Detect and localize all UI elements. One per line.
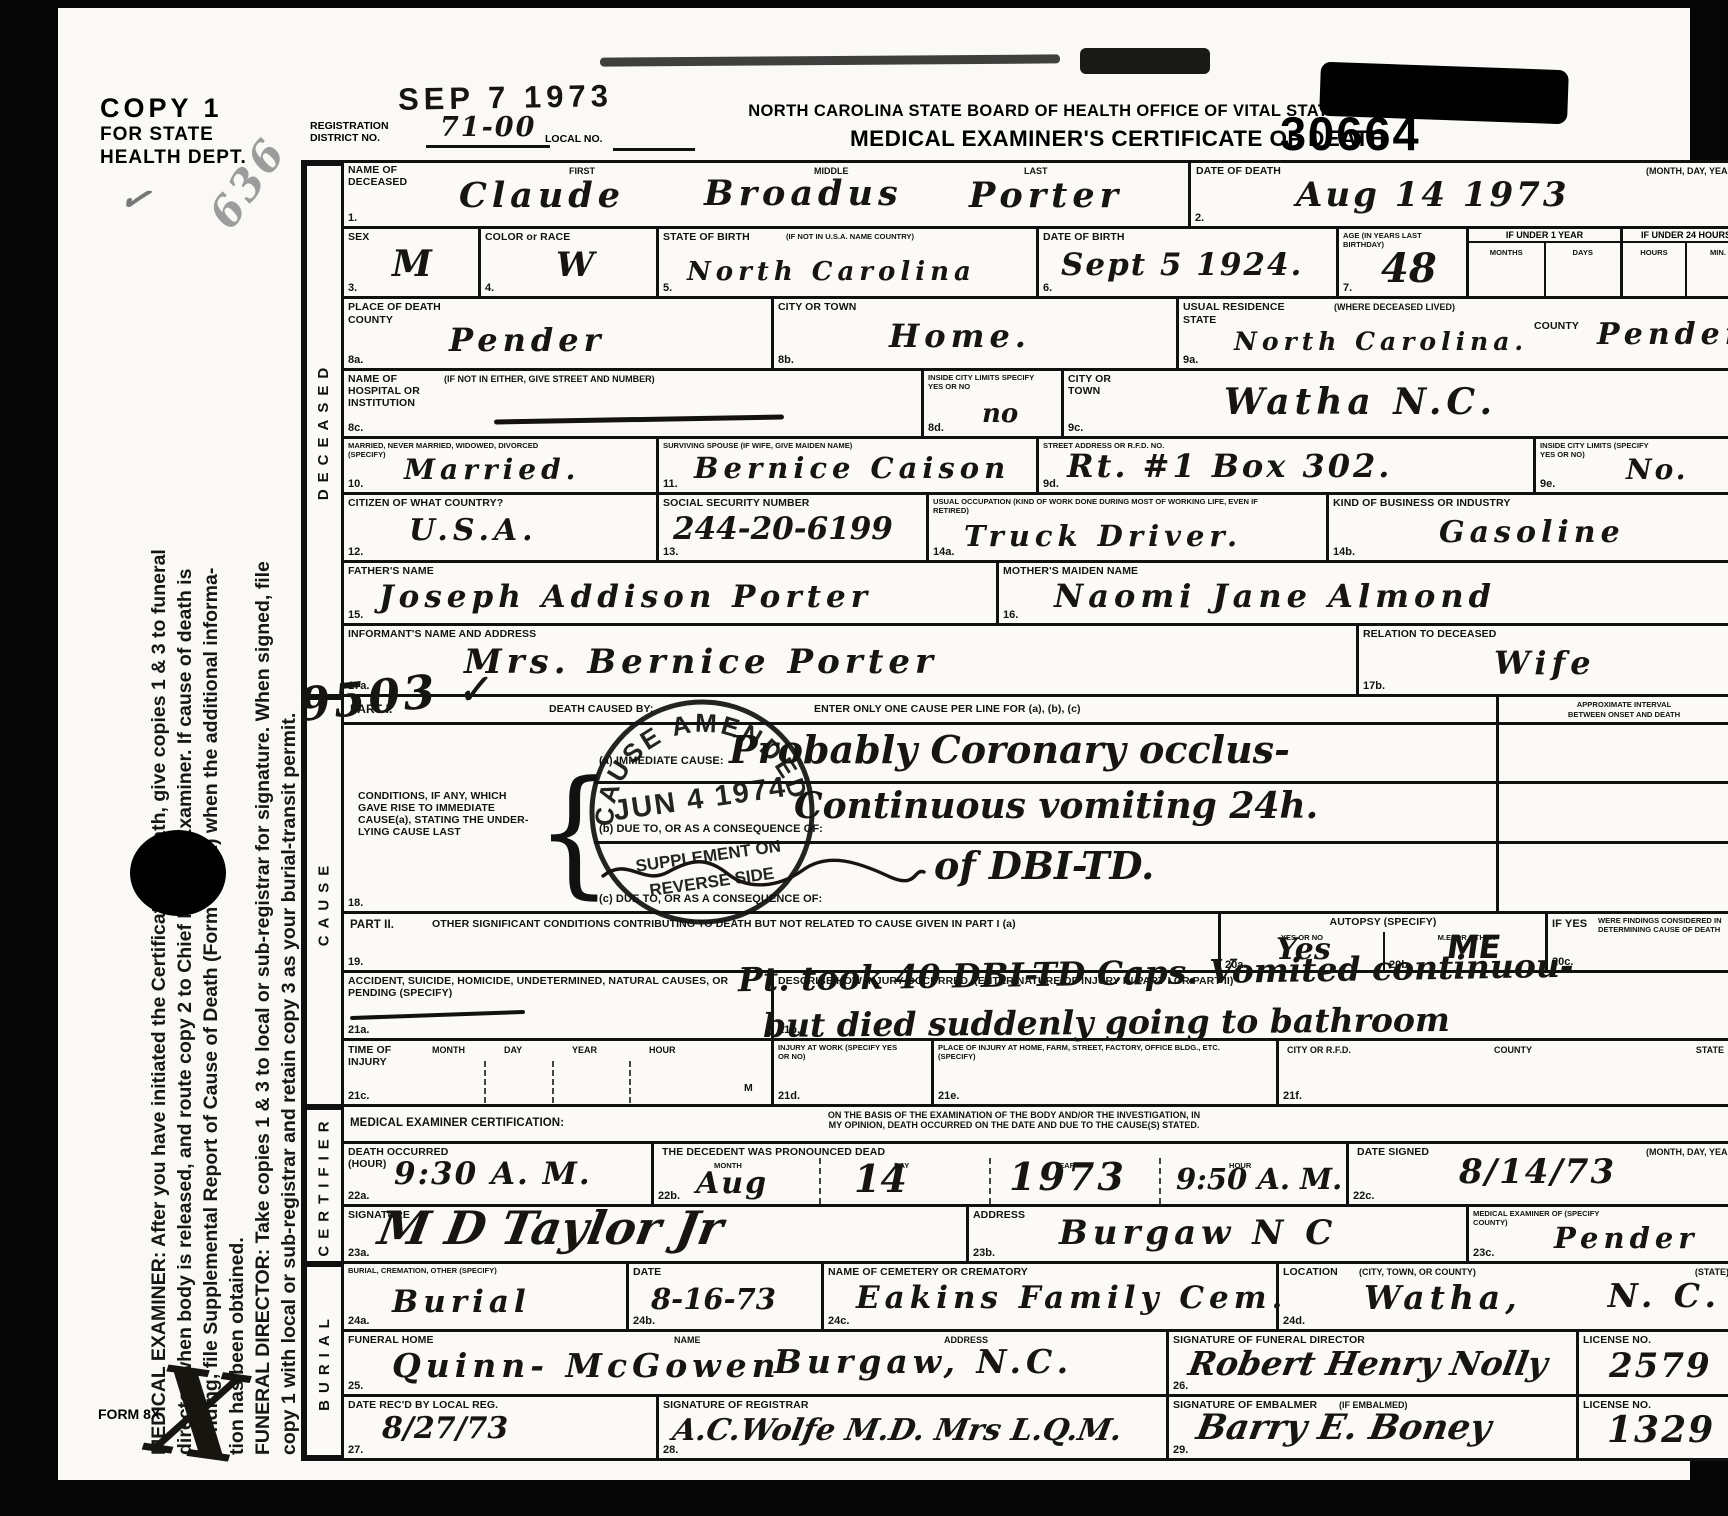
item-number: 21c. — [348, 1090, 369, 1102]
rule-line — [1499, 841, 1728, 844]
field-burial-location: LOCATION (CITY, TOWN, OR COUNTY) (STATE)… — [1279, 1264, 1728, 1329]
part2-label: PART II. — [350, 919, 394, 932]
field-fathers-name: FATHER'S NAME 15. Joseph Addison Porter — [344, 563, 999, 623]
field-embalmer-license: LICENSE NO. 1329 — [1579, 1397, 1728, 1458]
embalmer-value: Barry E. Boney — [1193, 1407, 1494, 1448]
field-injury-at-work: INJURY AT WORK (SPECIFY YES OR NO) 21d. — [774, 1041, 934, 1104]
field-mothers-maiden-name: MOTHER'S MAIDEN NAME 16. Naomi Jane Almo… — [999, 563, 1728, 623]
field-social-security-number: SOCIAL SECURITY NUMBER 13. 244-20-6199 — [659, 495, 929, 560]
due-to-b-value: Continuous vomiting 24h. — [794, 785, 1318, 827]
section-label-certifier: CERTIFIER — [304, 1107, 344, 1264]
part1-header: PART I. DEATH CAUSED BY: ENTER ONLY ONE … — [344, 697, 1499, 722]
citizen-value: U.S.A. — [409, 513, 538, 548]
field-business-or-industry: KIND OF BUSINESS OR INDUSTRY 14b. Gasoli… — [1329, 495, 1728, 560]
enter-one-cause-note: ENTER ONLY ONE CAUSE PER LINE FOR (a), (… — [814, 704, 1081, 716]
date-signed-value: 8/14/73 — [1459, 1152, 1616, 1192]
immediate-cause-value: Probably Coronary occlus- — [729, 727, 1290, 772]
days-label: DAYS — [1546, 249, 1621, 258]
field-date-signed: DATE SIGNED (MONTH, DAY, YEAR) 22c. 8/14… — [1349, 1144, 1728, 1204]
field-me-address: ADDRESS 23b. Burgaw N C — [969, 1207, 1469, 1261]
embalmer-license-value: 1329 — [1607, 1409, 1715, 1451]
field-burial-date: DATE 24b. 8-16-73 — [629, 1264, 824, 1329]
death-occurred-value: 9:30 A. M. — [394, 1156, 592, 1192]
relation-value: Wife — [1494, 644, 1596, 682]
pen-underline — [350, 1010, 525, 1020]
field-street-address: STREET ADDRESS OR R.F.D. NO. 9d. Rt. #1 … — [1039, 439, 1536, 492]
field-place-of-death-county: PLACE OF DEATH COUNTY 8a. Pender — [344, 299, 774, 368]
item-number: 23a. — [348, 1247, 369, 1259]
field-informant: INFORMANT'S NAME AND ADDRESS 17a. Mrs. B… — [344, 626, 1359, 694]
if-yes-label: IF YES — [1552, 918, 1587, 931]
item-number: 22c. — [1353, 1190, 1374, 1202]
field-marital-status: MARRIED, NEVER MARRIED, WIDOWED, DIVORCE… — [344, 439, 659, 492]
item-number: 24b. — [633, 1315, 655, 1327]
field-if-under-1-year: IF UNDER 1 YEAR MONTHS DAYS — [1469, 229, 1623, 296]
field-injury-city-county-state: CITY OR R.F.D. COUNTY STATE 21f. — [1279, 1041, 1728, 1104]
residence-state-value: North Carolina. — [1234, 327, 1528, 356]
item-number: 23b. — [973, 1247, 995, 1259]
director-license-value: 2579 — [1609, 1346, 1712, 1386]
dashed-divider — [819, 1158, 821, 1204]
accident-label: ACCIDENT, SUICIDE, HOMICIDE, UNDETERMINE… — [348, 976, 748, 1000]
item-number: 25. — [348, 1380, 363, 1392]
funeral-director-value: Robert Henry Nolly — [1186, 1344, 1551, 1383]
funeral-home-address-value: Burgaw, N.C. — [774, 1342, 1073, 1381]
due-to-c-value: of DBI-TD. — [934, 843, 1154, 888]
field-date-received: DATE REC'D BY LOCAL REG. 27. 8/27/73 — [344, 1397, 659, 1458]
registration-district-label: REGISTRATION DISTRICT NO. — [310, 120, 389, 144]
item-number: 24a. — [348, 1315, 369, 1327]
me-signature-value: M D Taylor Jr — [374, 1201, 727, 1255]
pronounced-hour-value: 9:50 A. M. — [1176, 1162, 1342, 1196]
field-time-of-injury: TIME OF INJURY MONTH DAY YEAR HOUR M 21c… — [344, 1041, 774, 1104]
registration-district-value: 71-00 — [426, 112, 550, 148]
field-registrar-signature: SIGNATURE OF REGISTRAR 28. A.C.Wolfe M.D… — [659, 1397, 1169, 1458]
field-hospital-or-institution: NAME OF HOSPITAL OR INSTITUTION (IF NOT … — [344, 371, 924, 436]
months-label: MONTHS — [1469, 249, 1544, 258]
age-value: 48 — [1381, 245, 1437, 292]
injury-description-line2: but died suddenly going to bathroom — [763, 1000, 1450, 1045]
field-name-of-deceased: NAME OF DECEASED FIRST MIDDLE LAST 1. Cl… — [344, 163, 1191, 226]
registration-label-line1: REGISTRATION — [310, 120, 389, 132]
field-usual-residence: USUAL RESIDENCE (WHERE DECEASED LIVED) S… — [1179, 299, 1728, 368]
field-medical-examiner-of: MEDICAL EXAMINER OF (SPECIFY COUNTY) 23c… — [1469, 1207, 1728, 1261]
field-accident-suicide: ACCIDENT, SUICIDE, HOMICIDE, UNDETERMINE… — [344, 973, 774, 1038]
me-certification-label: MEDICAL EXAMINER CERTIFICATION: — [350, 1117, 564, 1130]
if-yes-text: WERE FINDINGS CONSIDERED IN DETERMINING … — [1598, 917, 1728, 934]
field-death-occurred-hour: DEATH OCCURRED (HOUR) 22a. 9:30 A. M. — [344, 1144, 654, 1204]
hours-label: HOURS — [1623, 249, 1685, 258]
overwriting-scribble — [598, 838, 928, 898]
field-cemetery: NAME OF CEMETERY OR CREMATORY 24c. Eakin… — [824, 1264, 1279, 1329]
item-number: 21e. — [938, 1090, 959, 1102]
medical-examiner-of-value: Pender — [1554, 1221, 1699, 1255]
field-place-of-injury: PLACE OF INJURY AT HOME, FARM, STREET, F… — [934, 1041, 1279, 1104]
min-label: MIN. — [1687, 249, 1728, 258]
sex-value: M — [392, 243, 432, 285]
scan-streak — [1080, 48, 1210, 74]
stamp-date: JUN 4 1974 — [611, 771, 789, 827]
item-number: 1. — [348, 212, 357, 224]
field-sex: SEX 3. M — [344, 229, 481, 296]
death-certificate-scan: COPY 1 FOR STATE HEALTH DEPT. ✓ 636 MEDI… — [58, 8, 1690, 1480]
name-of-deceased-label: NAME OF DECEASED — [344, 163, 420, 189]
time-of-injury-label: TIME OF INJURY — [348, 1045, 403, 1069]
field-usual-occupation: USUAL OCCUPATION (KIND OF WORK DONE DURI… — [929, 495, 1329, 560]
field-inside-city-limits-8d: INSIDE CITY LIMITS SPECIFY YES OR NO 8d.… — [924, 371, 1064, 436]
item-number: 21f. — [1283, 1090, 1302, 1102]
state-of-birth-value: North Carolina — [687, 257, 976, 287]
item-number: 21a. — [348, 1024, 369, 1036]
middle-name-value: Broadus — [704, 173, 903, 214]
dashed-divider — [484, 1061, 486, 1103]
occupation-value: Truck Driver. — [964, 519, 1242, 553]
inside-city-limits-8d-value: no — [982, 399, 1018, 429]
margin-instruction-line: FUNERAL DIRECTOR: Take copies 1 & 3 to l… — [250, 230, 276, 1455]
field-age: AGE (IN YEARS LAST BIRTHDAY) 7. 48 — [1339, 229, 1469, 296]
field-surviving-spouse: SURVIVING SPOUSE (IF WIFE, GIVE MAIDEN N… — [659, 439, 1039, 492]
me-certification-statement: MEDICAL EXAMINER CERTIFICATION: ON THE B… — [344, 1107, 1728, 1141]
item-number: 19. — [348, 956, 363, 968]
part2-text: OTHER SIGNIFICANT CONDITIONS CONTRIBUTIN… — [432, 919, 1152, 931]
field-embalmer-signature: SIGNATURE OF EMBALMER (IF EMBALMED) 29. … — [1169, 1397, 1579, 1458]
field-if-yes-findings: IF YES WERE FINDINGS CONSIDERED IN DETER… — [1548, 914, 1728, 970]
local-no-label: LOCAL NO. — [545, 133, 603, 145]
field-director-license: LICENSE NO. 2579 — [1579, 1332, 1728, 1394]
burial-location-value: Watha, — [1364, 1278, 1522, 1317]
field-me-signature: SIGNATURE 23a. M D Taylor Jr — [344, 1207, 969, 1261]
date-of-death-paren: (MONTH, DAY, YEAR) — [1646, 166, 1728, 176]
place-of-death-county-value: Pender — [449, 321, 605, 359]
hospital-dash-value — [494, 414, 784, 424]
cause-amended-stamp: CAUSE AMENDED JUN 4 1974 SUPPLEMENT ON R… — [571, 681, 833, 943]
residence-county-value: Pender — [1597, 317, 1728, 352]
scan-streak — [600, 54, 1060, 66]
field-funeral-home: FUNERAL HOME NAME ADDRESS 25. Quinn- McG… — [344, 1332, 1169, 1394]
cemetery-value: Eakins Family Cem. — [856, 1280, 1287, 1316]
dashed-divider — [989, 1158, 991, 1204]
ink-blob — [130, 830, 226, 916]
funeral-home-name-value: Quinn- McGowen — [392, 1346, 781, 1385]
item-number: 27. — [348, 1444, 363, 1456]
industry-value: Gasoline — [1439, 515, 1625, 550]
field-place-of-death-city: CITY OR TOWN 8b. Home. — [774, 299, 1179, 368]
field-inside-city-limits-9e: INSIDE CITY LIMITS (SPECIFY YES OR NO) 9… — [1536, 439, 1728, 492]
pronounced-month-value: Aug — [696, 1166, 768, 1201]
conditions-note: CONDITIONS, IF ANY, WHICH GAVE RISE TO I… — [358, 791, 530, 839]
field-if-under-24-hours: IF UNDER 24 HOURS HOURS MIN. — [1623, 229, 1728, 296]
inside-city-limits-9e-value: No. — [1626, 453, 1689, 486]
field-burial-type: BURIAL, CREMATION, OTHER (SPECIFY) 24a. … — [344, 1264, 629, 1329]
registration-label-line2: DISTRICT NO. — [310, 132, 389, 144]
residence-city-value: Watha N.C. — [1224, 381, 1497, 423]
surviving-spouse-value: Bernice Caison — [694, 451, 1010, 485]
me-address-value: Burgaw N C — [1059, 1213, 1337, 1253]
section-label-cause: CAUSE — [304, 697, 344, 1107]
dashed-divider — [1159, 1158, 1161, 1204]
copy-note-line1: COPY 1 — [100, 93, 247, 124]
field-color-or-race: COLOR or RACE 4. W — [481, 229, 659, 296]
field-funeral-director-signature: SIGNATURE OF FUNERAL DIRECTOR 26. Robert… — [1169, 1332, 1579, 1394]
handwritten-x-mark: X — [144, 1339, 252, 1492]
copy-note-line3: HEALTH DEPT. — [100, 147, 247, 170]
local-no-blank — [613, 148, 695, 151]
item-number: 24c. — [828, 1315, 849, 1327]
section-label-burial: BURIAL — [304, 1264, 344, 1458]
field-state-of-birth: STATE OF BIRTH (IF NOT IN U.S.A. NAME CO… — [659, 229, 1039, 296]
field-date-of-birth: DATE OF BIRTH 6. Sept 5 1924. — [1039, 229, 1339, 296]
field-pronounced-dead: THE DECEDENT WAS PRONOUNCED DEAD MONTH D… — [654, 1144, 1349, 1204]
certificate-form: DECEASED CAUSE CERTIFIER BURIAL NAME OF … — [301, 160, 1728, 1461]
burial-state-value: N. C. — [1608, 1276, 1721, 1315]
mothers-maiden-name-value: Naomi Jane Almond — [1054, 577, 1496, 615]
date-of-death-value: Aug 14 1973 — [1296, 175, 1570, 215]
marital-status-value: Married. — [404, 453, 580, 486]
m-label: M — [744, 1083, 753, 1095]
fathers-name-value: Joseph Addison Porter — [379, 579, 872, 615]
ink-blob — [1319, 62, 1569, 125]
date-of-death-label: DATE OF DEATH — [1196, 166, 1281, 178]
informant-value: Mrs. Bernice Porter — [464, 642, 938, 682]
race-value: W — [556, 245, 594, 285]
item-number: 2. — [1195, 212, 1204, 224]
interval-column — [1499, 725, 1728, 911]
field-date-of-death: DATE OF DEATH (MONTH, DAY, YEAR) 2. Aug … — [1191, 163, 1728, 226]
checkmark: ✓ — [455, 665, 494, 713]
copy-note: COPY 1 FOR STATE HEALTH DEPT. — [100, 93, 247, 170]
burial-type-value: Burial — [392, 1284, 531, 1320]
item-number: 21d. — [778, 1090, 800, 1102]
date-of-birth-value: Sept 5 1924. — [1061, 247, 1303, 283]
copy-note-line2: FOR STATE — [100, 124, 247, 147]
margin-instruction-line: tion has been obtained. — [224, 230, 250, 1455]
registrar-value: A.C.Wolfe M.D. Mrs L.Q.M. — [670, 1413, 1125, 1448]
interval-column-header: APPROXIMATE INTERVAL BETWEEN ONSET AND D… — [1499, 697, 1728, 722]
first-name-value: Claude — [459, 175, 625, 216]
item-number: 22a. — [348, 1190, 369, 1202]
item-number: 23c. — [1473, 1247, 1494, 1259]
street-address-value: Rt. #1 Box 302. — [1067, 447, 1392, 485]
margin-instruction-line: copy 1 with local or sub-registrar and r… — [276, 230, 302, 1455]
field-citizen-of-country: CITIZEN OF WHAT COUNTRY? 12. U.S.A. — [344, 495, 659, 560]
burial-date-value: 8-16-73 — [651, 1282, 776, 1316]
ssn-value: 244-20-6199 — [673, 511, 893, 547]
pencil-checkmark: ✓ — [116, 175, 154, 222]
pronounced-day-value: 14 — [854, 1156, 907, 1201]
item-number: 29. — [1173, 1444, 1188, 1456]
pronounced-year-value: 1973 — [1009, 1154, 1127, 1199]
dashed-divider — [552, 1061, 554, 1103]
last-name-value: Porter — [969, 175, 1123, 216]
date-received-value: 8/27/73 — [382, 1411, 508, 1446]
rule-line — [1499, 781, 1728, 784]
place-of-death-city-value: Home. — [889, 317, 1031, 355]
field-residence-city: CITY OR TOWN 9c. Watha N.C. — [1064, 371, 1728, 436]
field-relation-to-deceased: RELATION TO DECEASED 17b. Wife — [1359, 626, 1728, 694]
item-number: 24d. — [1283, 1315, 1305, 1327]
section-label-deceased: DECEASED — [304, 163, 344, 697]
dashed-divider — [629, 1061, 631, 1103]
item-number: 18. — [348, 897, 363, 909]
